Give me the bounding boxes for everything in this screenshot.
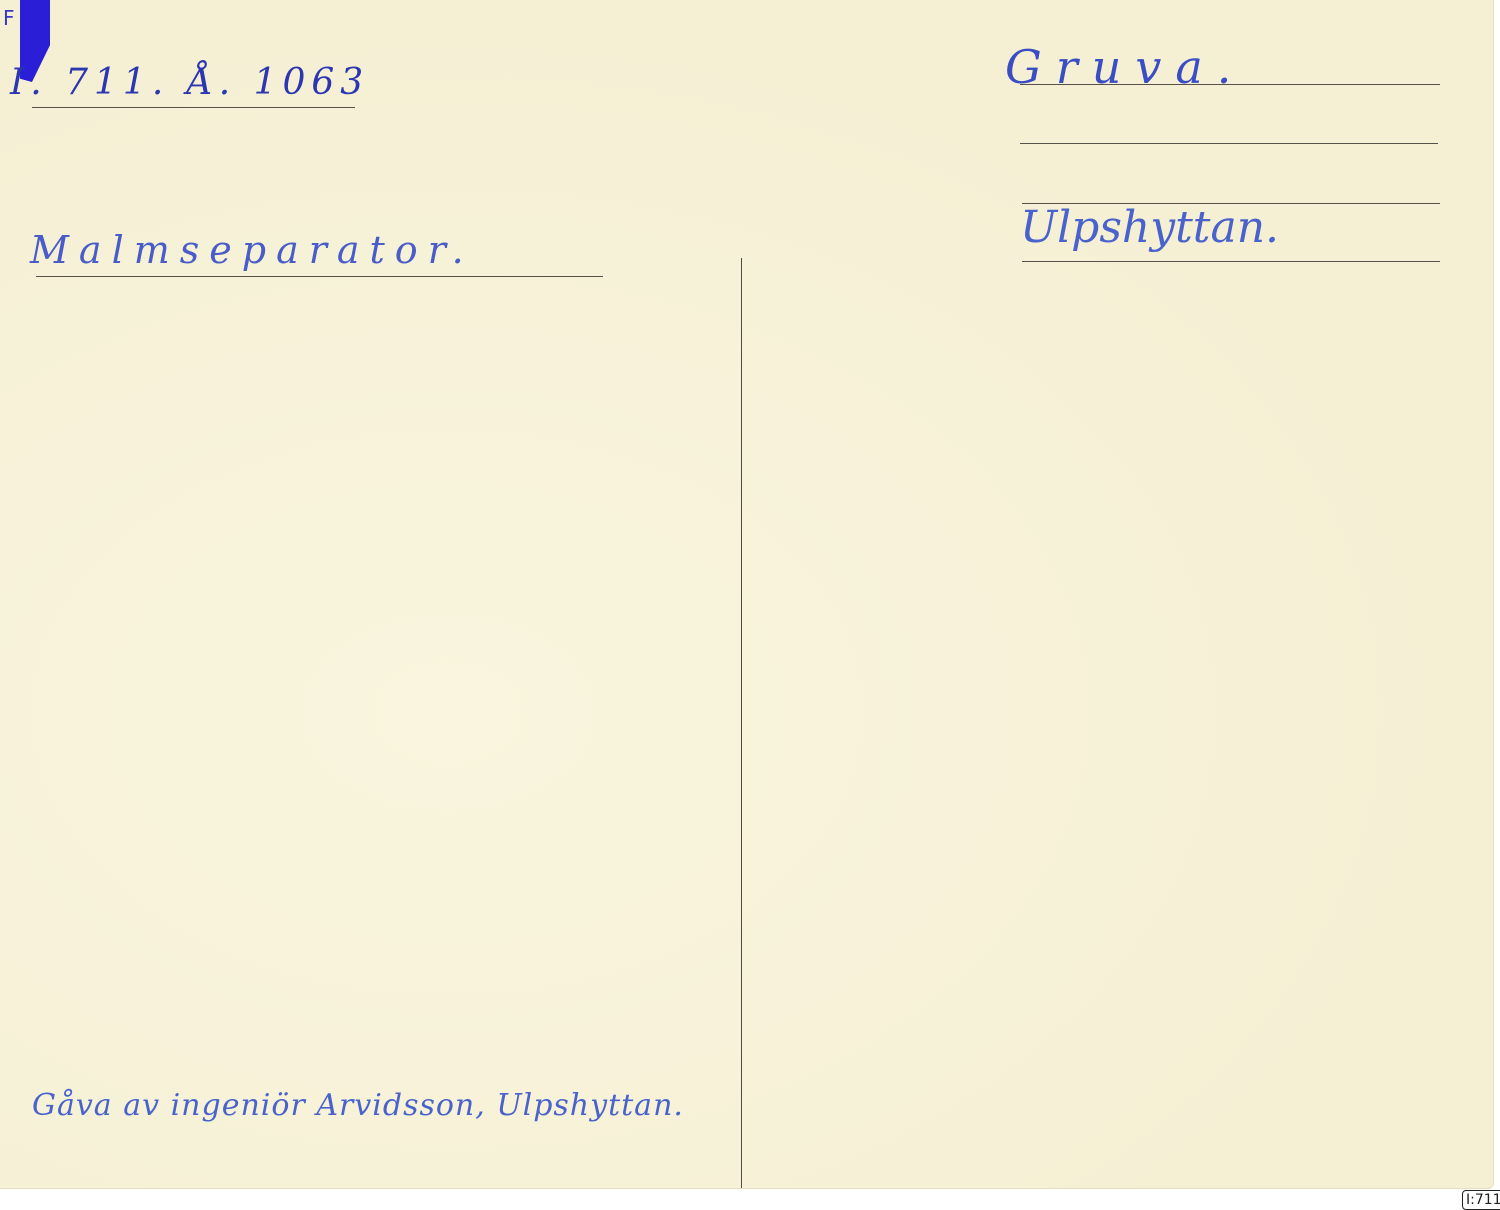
column-divider <box>741 258 742 1188</box>
accession-number: I. 711. Å. 1063 <box>10 62 369 103</box>
donor-note: Gåva av ingeniör Arvidsson, Ulpshyttan. <box>32 1088 684 1123</box>
corner-id-label: I:711 <box>1462 1190 1500 1210</box>
catalog-card: F I. 711. Å. 1063 Malmseparator. Gruva. … <box>0 0 1494 1189</box>
title-underline <box>36 276 603 277</box>
right-rule-2 <box>1020 143 1438 144</box>
mine-label: Gruva. <box>1005 40 1245 94</box>
accession-underline <box>32 107 355 108</box>
object-title: Malmseparator. <box>30 228 474 272</box>
margin-mark: F <box>3 6 15 30</box>
right-rule-4 <box>1022 261 1440 262</box>
place-name: Ulpshyttan. <box>1020 202 1279 253</box>
right-rule-1 <box>1020 84 1440 85</box>
